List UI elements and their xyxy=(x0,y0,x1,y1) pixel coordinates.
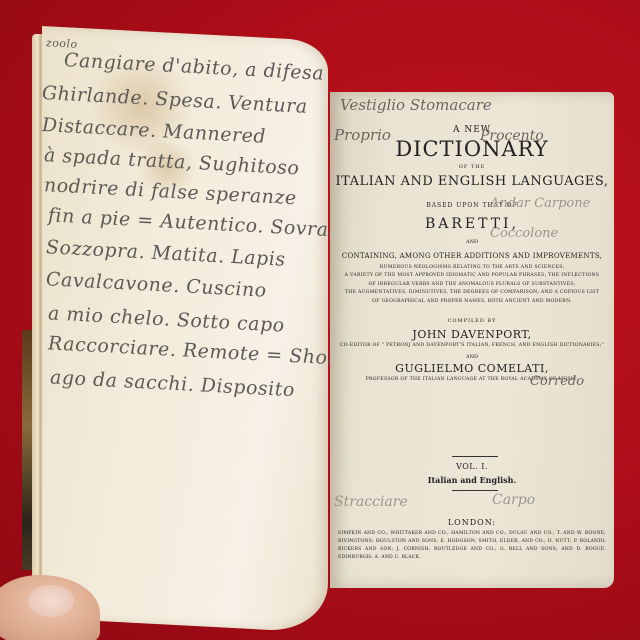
title-description-line: NUMEROUS NEOLOGISMS RELATING TO THE ARTS… xyxy=(330,265,614,270)
annotation: Stracciare xyxy=(334,494,408,510)
divider-rule xyxy=(452,490,498,491)
title-description-line: A VARIETY OF THE MOST APPROVED IDIOMATIC… xyxy=(330,273,614,278)
annotation: Procento xyxy=(480,128,544,144)
handwriting-line: a mio chelo. Sotto capo xyxy=(48,302,285,336)
handwriting-line: fin a pie = Autentico. Sovrastar xyxy=(48,204,368,243)
annotation: Corredo xyxy=(530,374,584,389)
imprint-publishers: SIMPKIN AND CO.; WHITTAKER AND CO.; HAMI… xyxy=(338,530,606,562)
title-languages: ITALIAN AND ENGLISH LANGUAGES, xyxy=(330,174,614,189)
handwriting-line: Sozzopra. Matita. Lapis xyxy=(46,236,286,271)
divider-rule xyxy=(452,456,498,457)
author-davenport-note: CO-EDITOR OF " PETRONJ AND DAVENPORT'S I… xyxy=(330,343,614,348)
title-compiled-by: COMPILED BY xyxy=(330,318,614,324)
annotation: Carpo xyxy=(492,492,535,508)
title-description-line: THE AUGMENTATIVES, DIMINUTIVES, THE DEGR… xyxy=(330,290,614,295)
annotation: Coccolone xyxy=(490,226,558,241)
title-page: A NEW DICTIONARY OF THE ITALIAN AND ENGL… xyxy=(330,92,614,588)
left-page: zoolo Cangiare d'abito, a difesa Ghirlan… xyxy=(42,26,328,633)
thumbnail xyxy=(28,585,74,617)
author-davenport: JOHN DAVENPORT, xyxy=(330,328,614,341)
title-and: AND xyxy=(330,239,614,245)
annotation: Andar Carpone xyxy=(490,196,590,211)
annotation: Vestiglio Stomacare xyxy=(340,96,492,114)
handwriting-line: Cavalcavone. Cuscino xyxy=(46,268,267,302)
volume-subtitle: Italian and English. xyxy=(330,475,614,485)
handwriting-line: ago da sacchi. Disposito xyxy=(50,366,295,401)
imprint-london: LONDON: xyxy=(330,518,614,527)
title-of-the: OF THE xyxy=(330,164,614,170)
title-containing: CONTAINING, AMONG OTHER ADDITIONS AND IM… xyxy=(330,252,614,260)
annotation: Proprio xyxy=(334,126,391,144)
title-description-line: OF IRREGULAR VERBS AND THE ANOMALOUS PLU… xyxy=(330,282,614,287)
handwriting-line: Raccorciare. Remote = Short xyxy=(48,332,345,370)
photo-scene: zoolo Cangiare d'abito, a difesa Ghirlan… xyxy=(0,0,640,640)
volume-number: VOL. I. xyxy=(330,462,614,471)
title-description-line: OF GEOGRAPHICAL AND PROPER NAMES, BOTH A… xyxy=(330,299,614,304)
title-and: AND xyxy=(330,354,614,360)
title-baretti: BARETTI, xyxy=(330,216,614,232)
